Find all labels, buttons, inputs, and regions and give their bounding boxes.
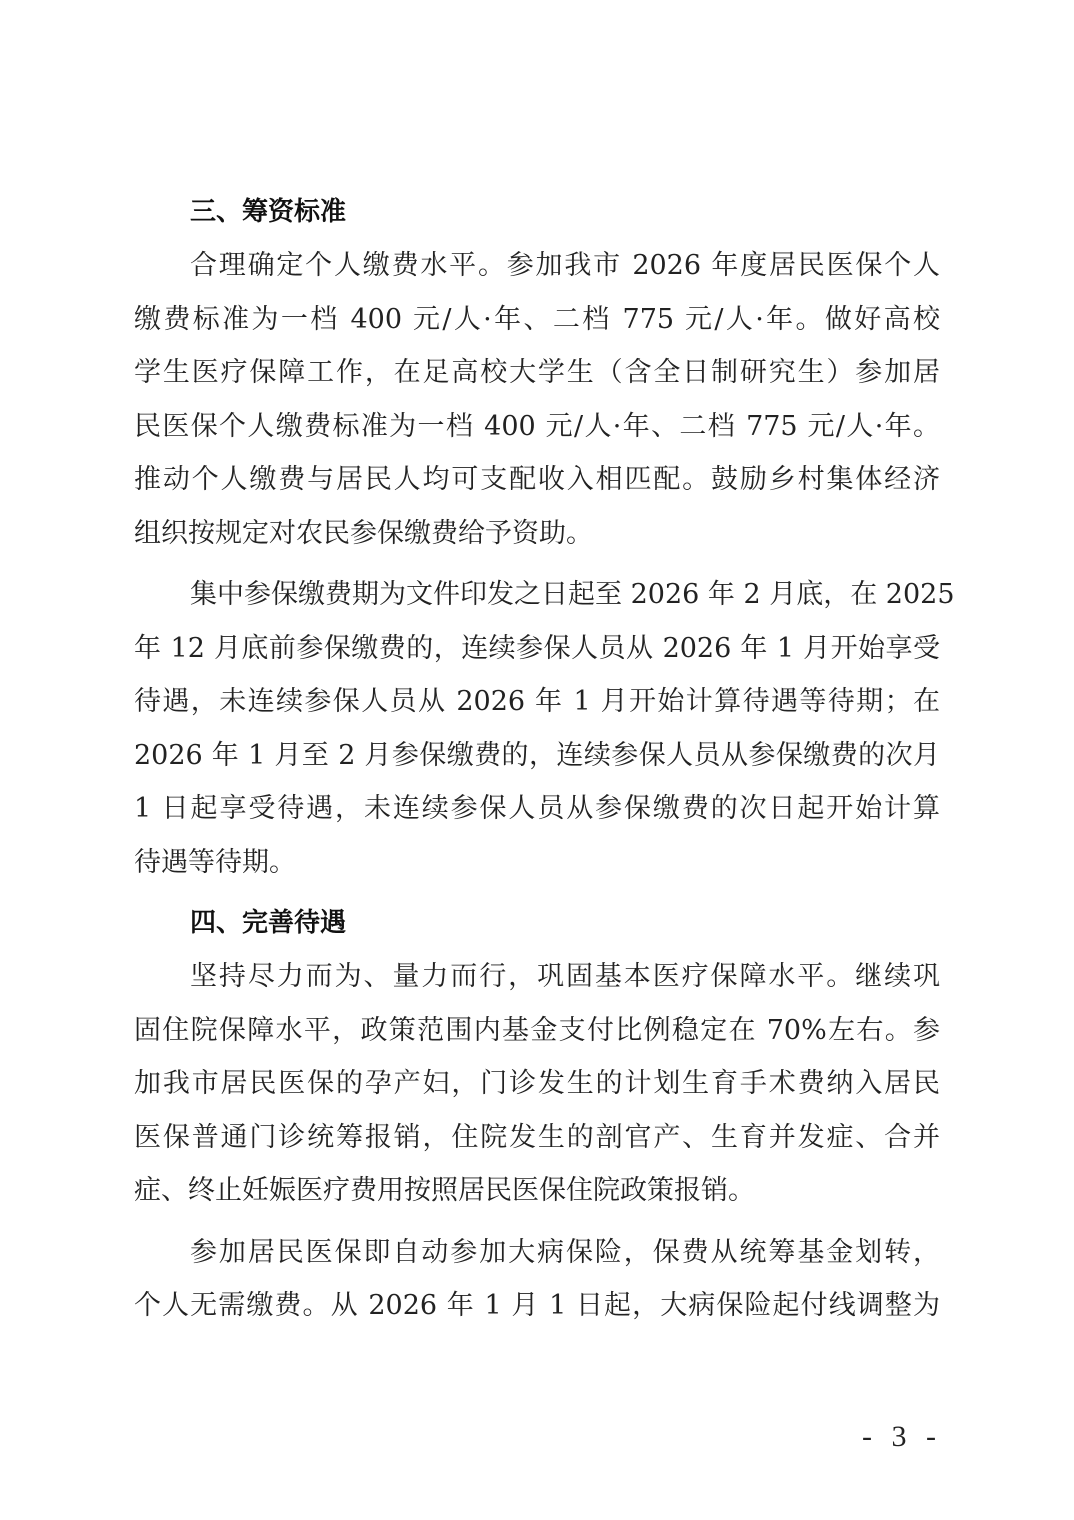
text-line: 个人无需缴费。从 2026 年 1 月 1 日起，大病保险起付线调整为	[134, 1279, 940, 1333]
paragraph: 坚持尽力而为、量力而行，巩固基本医疗保障水平。继续巩 固住院保障水平，政策范围内…	[134, 950, 940, 1218]
text-line: 医保普通门诊统筹报销，住院发生的剖官产、生育并发症、合并	[134, 1111, 940, 1165]
text-line: 组织按规定对农民参保缴费给予资助。	[134, 507, 940, 561]
paragraph: 集中参保缴费期为文件印发之日起至 2026 年 2 月底，在 2025 年 12…	[134, 568, 940, 889]
text-line: 1 日起享受待遇，未连续参保人员从参保缴费的次日起开始计算	[134, 782, 940, 836]
section-heading: 三、筹资标准	[134, 186, 940, 239]
text-line: 集中参保缴费期为文件印发之日起至 2026 年 2 月底，在 2025	[134, 568, 940, 622]
section-4: 四、完善待遇 坚持尽力而为、量力而行，巩固基本医疗保障水平。继续巩 固住院保障水…	[134, 897, 940, 1333]
text-line: 待遇，未连续参保人员从 2026 年 1 月开始计算待遇等待期；在	[134, 675, 940, 729]
text-line: 年 12 月底前参保缴费的，连续参保人员从 2026 年 1 月开始享受	[134, 622, 940, 676]
paragraph: 合理确定个人缴费水平。参加我市 2026 年度居民医保个人 缴费标准为一档 40…	[134, 239, 940, 560]
text-line: 固住院保障水平，政策范围内基金支付比例稳定在 70%左右。参	[134, 1004, 940, 1058]
text-line: 推动个人缴费与居民人均可支配收入相匹配。鼓励乡村集体经济	[134, 453, 940, 507]
document-page: 三、筹资标准 合理确定个人缴费水平。参加我市 2026 年度居民医保个人 缴费标…	[134, 186, 940, 1341]
text-line: 加我市居民医保的孕产妇，门诊发生的计划生育手术费纳入居民	[134, 1057, 940, 1111]
text-line: 学生医疗保障工作，在足高校大学生（含全日制研究生）参加居	[134, 346, 940, 400]
text-line: 症、终止妊娠医疗费用按照居民医保住院政策报销。	[134, 1164, 940, 1218]
paragraph: 参加居民医保即自动参加大病保险，保费从统筹基金划转， 个人无需缴费。从 2026…	[134, 1226, 940, 1333]
text-line: 缴费标准为一档 400 元/人·年、二档 775 元/人·年。做好高校	[134, 293, 940, 347]
text-line: 坚持尽力而为、量力而行，巩固基本医疗保障水平。继续巩	[134, 950, 940, 1004]
section-heading: 四、完善待遇	[134, 897, 940, 950]
text-line: 合理确定个人缴费水平。参加我市 2026 年度居民医保个人	[134, 239, 940, 293]
text-line: 待遇等待期。	[134, 836, 940, 890]
text-line: 参加居民医保即自动参加大病保险，保费从统筹基金划转，	[134, 1226, 940, 1280]
text-line: 2026 年 1 月至 2 月参保缴费的，连续参保人员从参保缴费的次月	[134, 729, 940, 783]
text-line: 民医保个人缴费标准为一档 400 元/人·年、二档 775 元/人·年。	[134, 400, 940, 454]
section-3: 三、筹资标准 合理确定个人缴费水平。参加我市 2026 年度居民医保个人 缴费标…	[134, 186, 940, 889]
page-number: - 3 -	[862, 1420, 942, 1454]
